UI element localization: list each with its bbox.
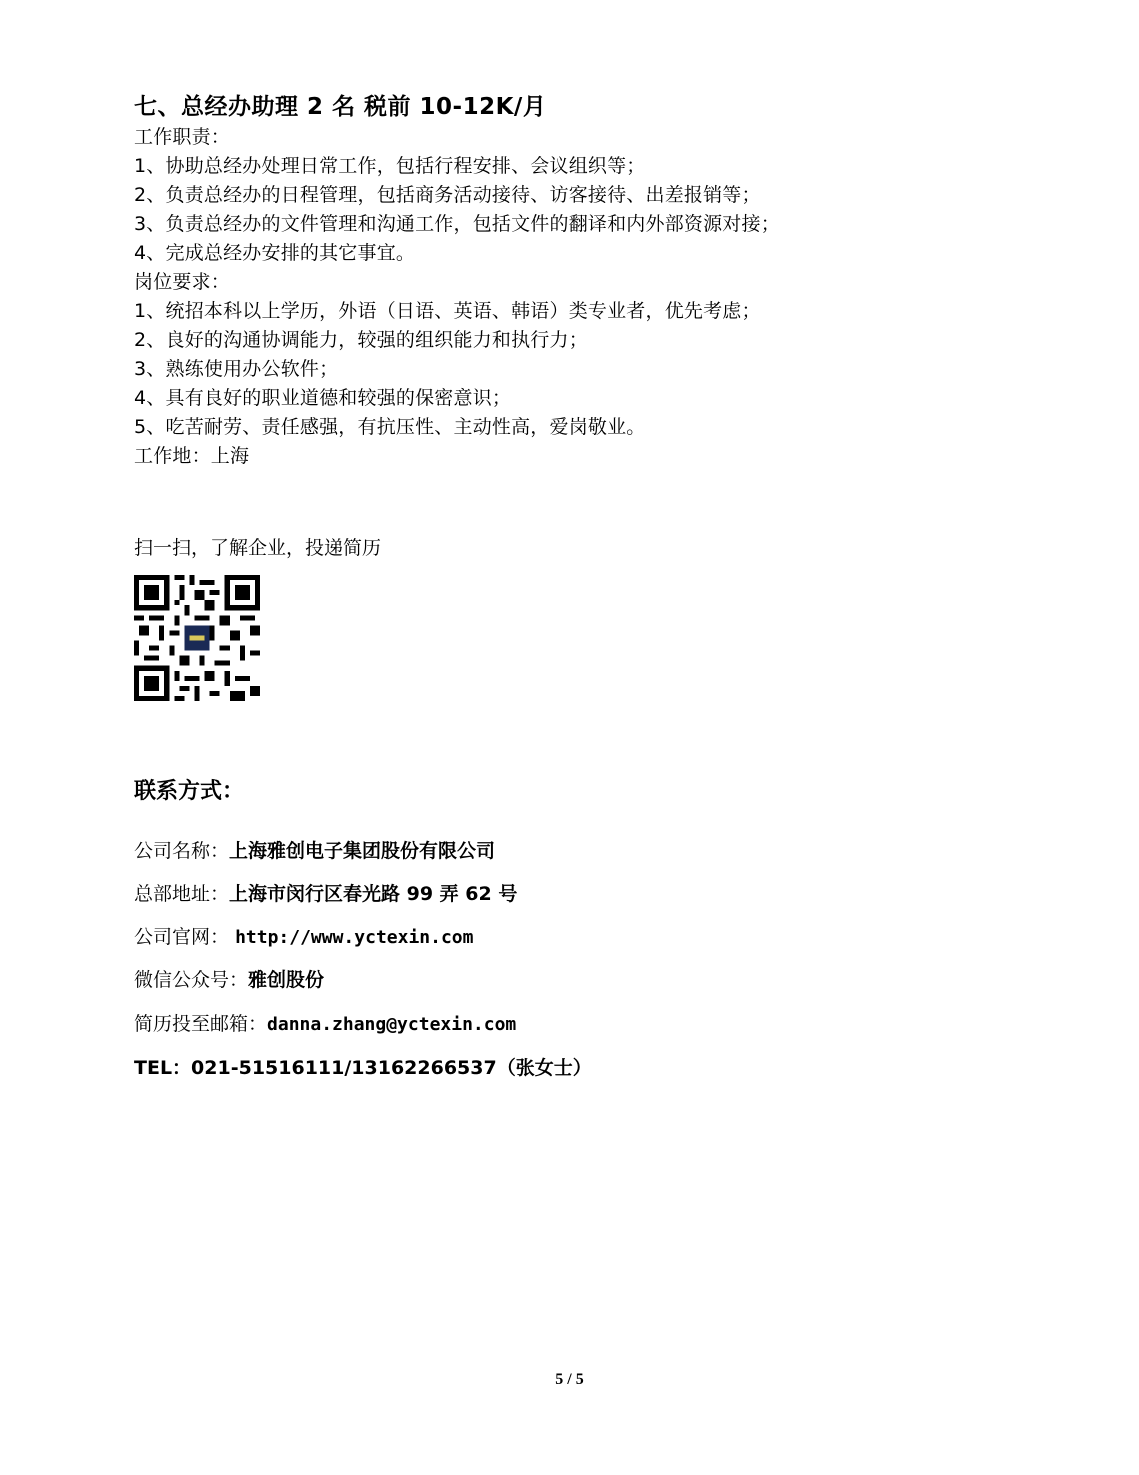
job-title: 七、总经办助理 2 名 税前 10-12K/月 bbox=[134, 88, 546, 121]
requirement-item: 5、吃苦耐劳、责任感强，有抗压性、主动性高，爱岗敬业。 bbox=[134, 412, 646, 439]
duty-item: 3、负责总经办的文件管理和沟通工作，包括文件的翻译和内外部资源对接； bbox=[134, 209, 780, 236]
wechat-value: 雅创股份 bbox=[248, 969, 324, 991]
email-label: 简历投至邮箱： bbox=[134, 1013, 267, 1035]
page-number: 5 / 5 bbox=[0, 1371, 1139, 1389]
website-row: 公司官网： http://www.yctexin.com bbox=[134, 922, 473, 949]
address-value: 上海市闵行区春光路 99 弄 62 号 bbox=[229, 883, 517, 905]
scan-prompt: 扫一扫，了解企业，投递简历 bbox=[134, 533, 381, 560]
work-location: 工作地：上海 bbox=[134, 441, 249, 468]
requirement-item: 4、具有良好的职业道德和较强的保密意识； bbox=[134, 383, 511, 410]
company-name-row: 公司名称：上海雅创电子集团股份有限公司 bbox=[134, 836, 495, 863]
duty-item: 4、完成总经办安排的其它事宜。 bbox=[134, 238, 415, 265]
contact-heading: 联系方式： bbox=[134, 774, 244, 805]
requirement-item: 1、统招本科以上学历，外语（日语、英语、韩语）类专业者，优先考虑； bbox=[134, 296, 761, 323]
company-name-value: 上海雅创电子集团股份有限公司 bbox=[229, 840, 495, 862]
address-row: 总部地址：上海市闵行区春光路 99 弄 62 号 bbox=[134, 879, 517, 906]
duty-item: 2、负责总经办的日程管理，包括商务活动接待、访客接待、出差报销等； bbox=[134, 180, 761, 207]
website-label: 公司官网： bbox=[134, 926, 229, 948]
requirement-item: 2、良好的沟通协调能力，较强的组织能力和执行力； bbox=[134, 325, 588, 352]
wechat-label: 微信公众号： bbox=[134, 969, 248, 991]
qr-code-icon[interactable] bbox=[134, 575, 260, 701]
duties-heading: 工作职责： bbox=[134, 122, 230, 149]
address-label: 总部地址： bbox=[134, 883, 229, 905]
company-name-label: 公司名称： bbox=[134, 840, 229, 862]
website-link[interactable]: http://www.yctexin.com bbox=[235, 927, 473, 948]
requirements-heading: 岗位要求： bbox=[134, 267, 230, 294]
telephone: TEL：021-51516111/13162266537（张女士） bbox=[134, 1053, 592, 1080]
requirement-item: 3、熟练使用办公软件； bbox=[134, 354, 338, 381]
email-link[interactable]: danna.zhang@yctexin.com bbox=[267, 1014, 516, 1035]
duty-item: 1、协助总经办处理日常工作，包括行程安排、会议组织等； bbox=[134, 151, 646, 178]
wechat-row: 微信公众号：雅创股份 bbox=[134, 965, 324, 992]
email-row: 简历投至邮箱：danna.zhang@yctexin.com bbox=[134, 1009, 516, 1036]
document-page: 七、总经办助理 2 名 税前 10-12K/月 工作职责： 1、协助总经办处理日… bbox=[0, 0, 1139, 1475]
